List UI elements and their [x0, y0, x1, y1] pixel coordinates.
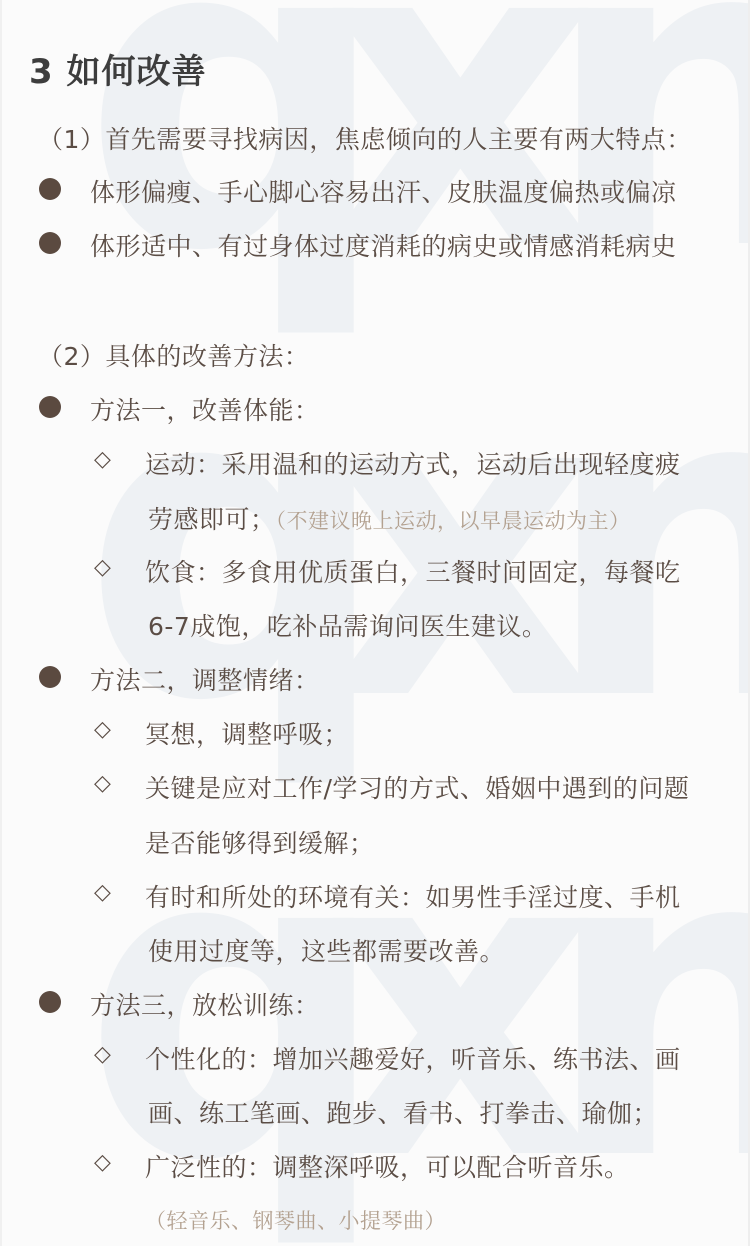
diamond-bullet-icon: ◇: [94, 882, 111, 904]
method-1-item-1-line1: 运动：采用温和的运动方式，运动后出现轻度疲: [145, 445, 681, 481]
bullet-dot-icon: [39, 396, 61, 418]
method-3-label: 方法三，放松训练：: [90, 986, 320, 1022]
method-3-item-1-line1: 个性化的：增加兴趣爱好，听音乐、练书法、画: [145, 1040, 681, 1076]
diamond-bullet-icon: ◇: [94, 719, 111, 741]
method-3-item-2-note: （轻音乐、钢琴曲、小提琴曲）: [145, 1205, 446, 1235]
watermark-glyph: n: [542, 330, 750, 760]
method-2-item-3-line1: 有时和所处的环境有关：如男性手淫过度、手机: [145, 878, 681, 914]
diamond-bullet-icon: ◇: [94, 557, 111, 579]
method-1-label: 方法一，改善体能：: [90, 391, 320, 427]
bullet-dot-icon: [39, 178, 61, 200]
diamond-bullet-icon: ◇: [94, 1152, 111, 1174]
method-1-item-2-line1: 饮食：多食用优质蛋白，三餐时间固定，每餐吃: [145, 553, 681, 589]
method-2-item-3-line2: 使用过度等，这些都需要改善。: [148, 932, 505, 968]
method-1-item-1-note: （不建议晚上运动，以早晨运动为主）: [276, 509, 631, 533]
diamond-bullet-icon: ◇: [94, 1044, 111, 1066]
diamond-bullet-icon: ◇: [94, 773, 111, 795]
part1-bullet-2: 体形适中、有过身体过度消耗的病史或情感消耗病史: [90, 227, 677, 263]
part1-bullet-1: 体形偏瘦、手心脚心容易出汗、皮肤温度偏热或偏凉: [90, 173, 677, 209]
method-2-item-2-line2: 是否能够得到缓解；: [145, 824, 375, 860]
part2-heading: （2）具体的改善方法：: [38, 337, 309, 373]
diamond-bullet-icon: ◇: [94, 449, 111, 471]
method-1-item-2-line2: 6-7成饱，吃补品需询问医生建议。: [148, 607, 547, 643]
method-3-item-2-line1: 广泛性的：调整深呼吸，可以配合听音乐。: [145, 1148, 630, 1184]
method-2-label: 方法二，调整情绪：: [90, 661, 320, 697]
method-1-item-1-text: 劳感即可；: [148, 505, 276, 534]
article-page: q x n q x n q x n 3 如何改善 （1）首先需要寻找病因，焦虑倾…: [0, 0, 750, 1246]
method-3-item-1-line2: 画、练工笔画、跑步、看书、打拳击、瑜伽；: [148, 1094, 658, 1130]
section-title: 3 如何改善: [29, 44, 207, 93]
bullet-dot-icon: [39, 666, 61, 688]
method-2-item-2-line1: 关键是应对工作/学习的方式、婚姻中遇到的问题: [145, 769, 689, 805]
watermark-glyph: x: [322, 330, 559, 760]
bullet-dot-icon: [39, 991, 61, 1013]
method-2-item-1-line1: 冥想，调整呼吸；: [145, 715, 349, 751]
method-1-item-1-line2: 劳感即可；（不建议晚上运动，以早晨运动为主）: [148, 500, 631, 536]
bullet-dot-icon: [39, 232, 61, 254]
part1-heading: （1）首先需要寻找病因，焦虑倾向的人主要有两大特点：: [38, 120, 692, 156]
